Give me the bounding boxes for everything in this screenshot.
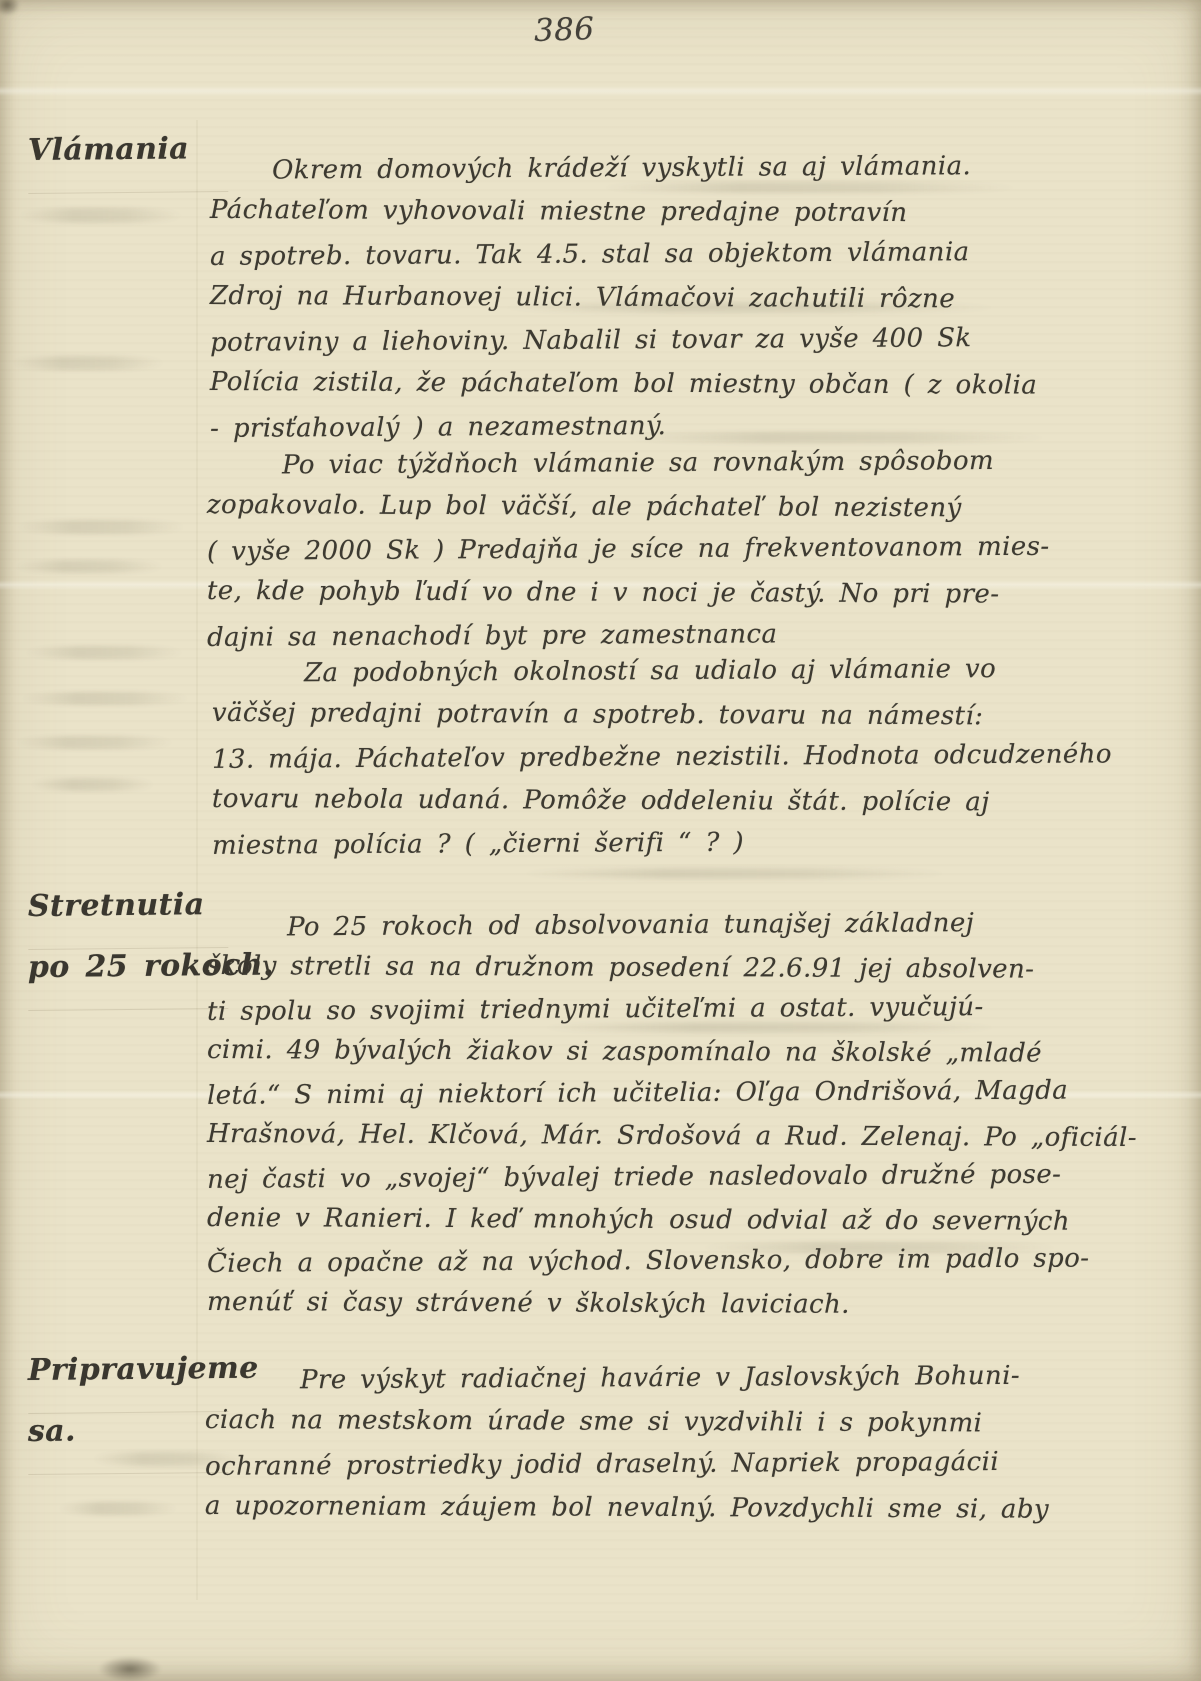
heading-line: po 25 rokoch. [28, 948, 229, 1011]
handwritten-line: a spotreb. tovaru. Tak 4.5. stal sa obje… [210, 223, 1140, 272]
ink-showthrough [14, 560, 164, 573]
handwritten-line: nej časti vo „svojej“ bývalej triede nas… [207, 1147, 1137, 1195]
handwritten-line: Za podobných okolností sa udialo aj vlám… [212, 640, 1142, 689]
ink-showthrough [16, 520, 186, 534]
handwritten-line: ciach na mestskom úrade sme si vyzdvihli… [205, 1392, 1135, 1439]
handwritten-line: Čiech a opačne až na východ. Slovensko, … [207, 1231, 1137, 1279]
handwritten-line: miestna polícia ? ( „čierni šerifi “ ? ) [212, 812, 1142, 861]
paper-smudge [0, 0, 20, 16]
handwritten-line: cimi. 49 bývalých žiakov si zaspomínalo … [207, 1023, 1137, 1069]
handwritten-line: potraviny a liehoviny. Nabalil si tovar … [210, 309, 1140, 358]
handwritten-line: letá.“ S nimi aj niektorí ich učitelia: … [207, 1063, 1137, 1111]
handwritten-line: tovaru nebola udaná. Pomôže oddeleniu št… [212, 771, 1142, 818]
paragraph-vlamania-3: Za podobných okolností sa udialo aj vlám… [212, 643, 1142, 858]
handwritten-line: Po 25 rokoch od absolvovania tunajšej zá… [207, 895, 1137, 943]
heading-line: sa. [28, 1412, 229, 1475]
handwritten-line: Okrem domových krádeží vyskytli sa aj vl… [210, 137, 1140, 186]
page-number: 386 [533, 11, 595, 49]
ink-showthrough [520, 868, 950, 879]
ink-showthrough [18, 208, 183, 223]
section-heading-pripravujeme: Pripravujemesa. [28, 1352, 228, 1474]
paragraph-vlamania-1: Okrem domových krádeží vyskytli sa aj vl… [210, 140, 1140, 441]
handwritten-line: ti spolu so svojimi triednymi učiteľmi a… [207, 979, 1137, 1027]
handwritten-line: te, kde pohyb ľudí vo dne i v noci je ča… [207, 563, 1137, 610]
paragraph-stretnutia-1: Po 25 rokoch od absolvovania tunajšej zá… [207, 898, 1137, 1318]
handwritten-line: Polícia zistila, že páchateľom bol miest… [210, 354, 1140, 401]
handwritten-line: Hrašnová, Hel. Klčová, Már. Srdošová a R… [207, 1107, 1137, 1153]
handwritten-line: Pre výskyt radiačnej havárie v Jaslovský… [205, 1347, 1135, 1396]
handwritten-line: menúť si časy strávené v školských lavic… [207, 1275, 1137, 1321]
handwritten-line: ochranné prostriedky jodid draselný. Nap… [205, 1433, 1135, 1482]
paper-smudge [98, 1656, 162, 1681]
section-heading-vlamania: Vlámania [28, 132, 228, 193]
chronicle-page: 386 Vlámania Okrem domových krádeží vysk… [0, 0, 1201, 1681]
heading-line: Pripravujeme [28, 1351, 229, 1414]
ink-showthrough [20, 692, 190, 705]
paragraph-pripravujeme-1: Pre výskyt radiačnej havárie v Jaslovský… [205, 1350, 1135, 1522]
ink-showthrough [58, 1502, 178, 1515]
handwritten-line: denie v Ranieri. I keď mnohých osud odvi… [207, 1191, 1137, 1237]
ink-showthrough [10, 356, 165, 370]
heading-line: Stretnutia [28, 887, 229, 950]
ink-showthrough [14, 736, 174, 749]
ink-showthrough [30, 778, 155, 791]
paper-crease [0, 86, 1201, 96]
ink-showthrough [24, 646, 184, 659]
handwritten-line: a upozorneniam záujem bol nevalný. Povzd… [205, 1478, 1135, 1525]
handwritten-line: Po viac týždňoch vlámanie sa rovnakým sp… [207, 432, 1137, 481]
handwritten-line: Zdroj na Hurbanovej ulici. Vlámačovi zac… [210, 268, 1140, 315]
handwritten-line: zopakovalo. Lup bol väčší, ale páchateľ … [207, 477, 1137, 524]
handwritten-line: školy stretli sa na družnom posedení 22.… [207, 939, 1137, 985]
paragraph-vlamania-2: Po viac týždňoch vlámanie sa rovnakým sp… [207, 435, 1137, 650]
handwritten-line: ( vyše 2000 Sk ) Predajňa je síce na fre… [207, 518, 1137, 567]
handwritten-line: väčšej predajni potravín a spotreb. tova… [212, 685, 1142, 732]
handwritten-line: 13. mája. Páchateľov predbežne nezistili… [212, 726, 1142, 775]
handwritten-line: Páchateľom vyhovovali miestne predajne p… [210, 182, 1140, 229]
heading-line: Vlámania [28, 131, 229, 194]
section-heading-stretnutia: Stretnutiapo 25 rokoch. [28, 888, 228, 1010]
